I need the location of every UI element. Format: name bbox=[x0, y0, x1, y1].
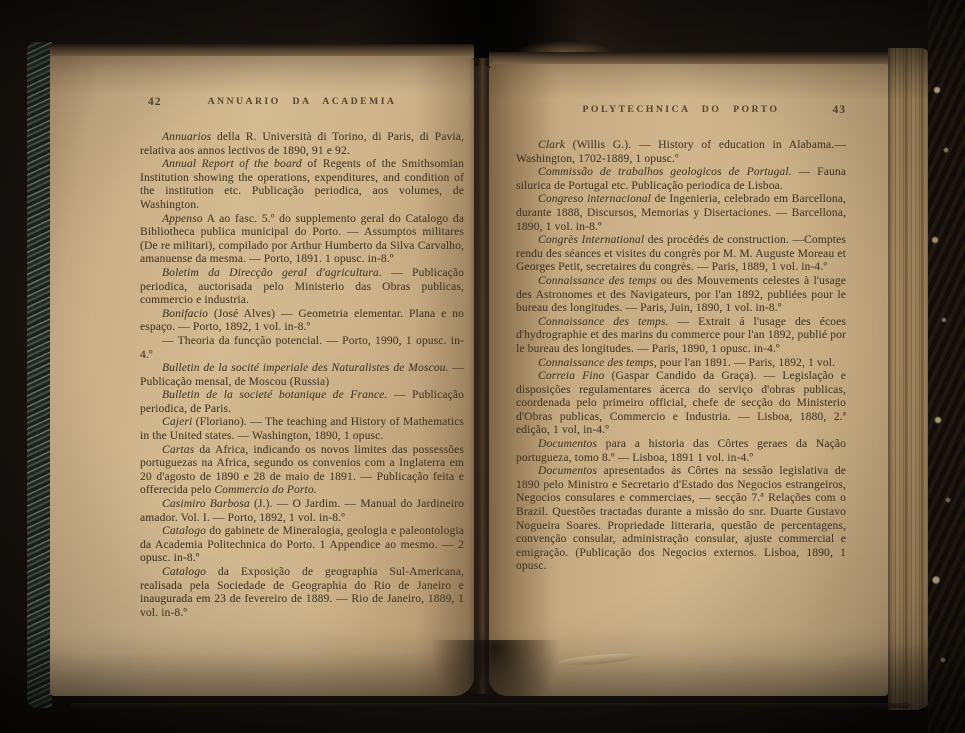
bibliography-entry: Congreso internacional de Ingenieria, ce… bbox=[516, 193, 846, 234]
page-number-right: 43 bbox=[833, 104, 847, 116]
entry-title: Bulletin de la societé botanique de Fran… bbox=[162, 389, 387, 401]
left-marbled-fore-edge bbox=[27, 42, 52, 708]
entry-title: Connaissance des temps. bbox=[538, 316, 669, 328]
bibliography-entry: Congrès International des procédés de co… bbox=[516, 234, 846, 275]
bibliography-entry: Cajeri (Floriano). — The teaching and Hi… bbox=[140, 416, 464, 443]
entry-text: apresentados ás Côrtes na sessão legisla… bbox=[516, 465, 846, 572]
entry-title: Casimiro Barbosa bbox=[162, 498, 250, 510]
gutter-bottom-shadow bbox=[430, 640, 560, 720]
left-page-text-column: 42 ANNUARIO DA ACADEMIA Annuarios della … bbox=[140, 96, 464, 686]
bibliography-entry: Correia Fino (Gaspar Candido da Graça). … bbox=[516, 370, 846, 438]
entry-title: Clark bbox=[538, 139, 565, 151]
entry-title: Annuarios bbox=[162, 131, 211, 143]
entry-text: (Willis G.). — History of education in A… bbox=[516, 139, 846, 165]
right-page-header: POLYTECHNICA DO PORTO 43 bbox=[516, 104, 846, 120]
bibliography-entry: Casimiro Barbosa (J.). — O Jardim. — Man… bbox=[140, 498, 464, 525]
entry-title: Documentos bbox=[538, 465, 597, 477]
open-book-photo: 42 ANNUARIO DA ACADEMIA Annuarios della … bbox=[0, 0, 965, 733]
right-page: POLYTECHNICA DO PORTO 43 Clark (Willis G… bbox=[489, 64, 888, 696]
bibliography-entry: Cartas da Africa, indicando os novos lim… bbox=[140, 444, 464, 498]
bibliography-entry: Documentos apresentados ás Côrtes na ses… bbox=[516, 465, 846, 574]
bibliography-entry: Commissão de trabalhos geologicos de Por… bbox=[516, 166, 846, 193]
bibliography-entry: Documentos para a historia das Côrtes ge… bbox=[516, 438, 846, 465]
entry-title: Correia Fino bbox=[538, 370, 604, 382]
entry-title: Bonifacio bbox=[162, 308, 208, 320]
right-marbled-cover-edge bbox=[928, 0, 965, 733]
entry-title: Catalogo bbox=[162, 566, 206, 578]
bottom-board-edge bbox=[70, 703, 910, 708]
bibliography-entry: Annual Report of the board of Regents of… bbox=[140, 158, 464, 212]
bibliography-entry: Boletim da Direcção geral d'agricultura.… bbox=[140, 267, 464, 308]
right-page-bibliography: Clark (Willis G.). — History of educatio… bbox=[516, 139, 846, 574]
bibliography-entry: Connaissance des temps ou des Mouvements… bbox=[516, 275, 846, 316]
entry-title: Appenso bbox=[162, 213, 203, 225]
entry-title: Catalogo bbox=[162, 525, 206, 537]
entry-title: Bulletin de la socité imperiale des Natu… bbox=[162, 362, 449, 374]
entry-text: — Theoria da funcção potencial. — Porto,… bbox=[140, 335, 464, 361]
bibliography-entry: Bonifacio (José Alves) — Geometria eleme… bbox=[140, 308, 464, 335]
entry-title: Congrès International bbox=[538, 234, 644, 246]
entry-title: Annual Report of the board bbox=[162, 158, 302, 170]
entry-text: , pour l'an 1891. — Paris, 1892, 1 vol. bbox=[654, 357, 835, 369]
left-page: 42 ANNUARIO DA ACADEMIA Annuarios della … bbox=[50, 56, 474, 696]
entry-title: Congreso internacional bbox=[538, 193, 651, 205]
entry-title: Cajeri bbox=[162, 416, 192, 428]
bibliography-entry: Catalogo da Exposição de geographia Sul-… bbox=[140, 566, 464, 620]
bibliography-entry: Catalogo do gabinete de Mineralogia, geo… bbox=[140, 525, 464, 566]
bibliography-entry: — Theoria da funcção potencial. — Porto,… bbox=[140, 335, 464, 362]
entry-title: Documentos bbox=[538, 438, 597, 450]
bibliography-entry: Bulletin de la societé botanique de Fran… bbox=[140, 389, 464, 416]
right-page-text-column: POLYTECHNICA DO PORTO 43 Clark (Willis G… bbox=[516, 104, 846, 686]
entry-title: Commissão de trabalhos geologicos de Por… bbox=[538, 166, 792, 178]
bibliography-entry: Connaissance des temps. — Extrait á l'us… bbox=[516, 316, 846, 357]
bibliography-entry: Connaissance des temps, pour l'an 1891. … bbox=[516, 357, 846, 371]
page-number-left: 42 bbox=[148, 96, 162, 108]
bibliography-entry: Clark (Willis G.). — History of educatio… bbox=[516, 139, 846, 166]
running-title-right: POLYTECHNICA DO PORTO bbox=[516, 104, 846, 115]
entry-text-italic: Commercio do Porto. bbox=[214, 484, 316, 496]
right-leaf-edge-stack bbox=[888, 48, 932, 710]
left-page-header: 42 ANNUARIO DA ACADEMIA bbox=[140, 96, 464, 112]
entry-title: Cartas bbox=[162, 444, 194, 456]
bibliography-entry: Appenso A ao fasc. 5.º do supplemento ge… bbox=[140, 213, 464, 267]
entry-title: Boletim da Direcção geral d'agricultura. bbox=[162, 267, 382, 279]
running-title-left: ANNUARIO DA ACADEMIA bbox=[140, 96, 464, 107]
entry-title: Connaissance des temps bbox=[538, 275, 656, 287]
left-page-bibliography: Annuarios della R. Università di Torino,… bbox=[140, 131, 464, 620]
entry-title: Connaissance des temps bbox=[538, 357, 654, 369]
bibliography-entry: Bulletin de la socité imperiale des Natu… bbox=[140, 362, 464, 389]
bibliography-entry: Annuarios della R. Università di Torino,… bbox=[140, 131, 464, 158]
